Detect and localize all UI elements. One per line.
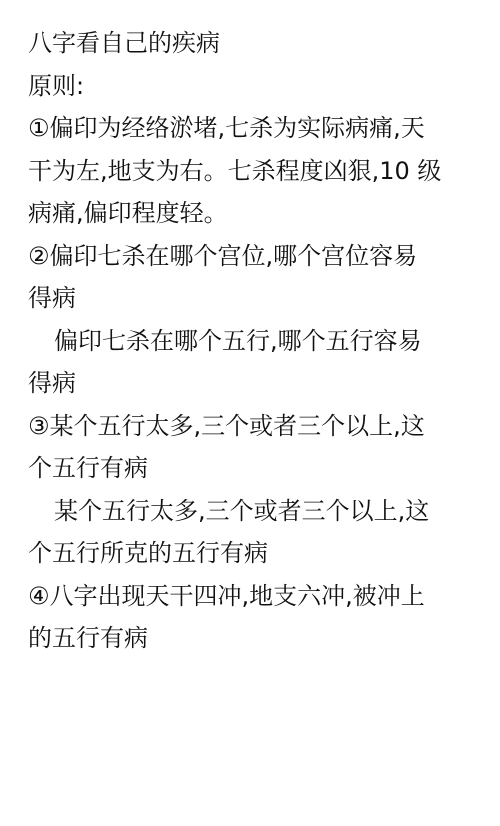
principle-4-line-2: 的五行有病	[28, 617, 478, 660]
principle-2-line-1: ②偏印七杀在哪个宫位,哪个宫位容易	[28, 235, 478, 278]
principle-3-line-4: 个五行所克的五行有病	[28, 532, 478, 575]
principle-1-line-1: ①偏印为经络淤堵,七杀为实际病痛,天	[28, 107, 478, 150]
document-body: 八字看自己的疾病 原则: ①偏印为经络淤堵,七杀为实际病痛,天 干为左,地支为右…	[28, 22, 478, 660]
principle-3-line-1: ③某个五行太多,三个或者三个以上,这	[28, 405, 478, 448]
principle-3-line-2: 个五行有病	[28, 447, 478, 490]
principle-3-line-3: 某个五行太多,三个或者三个以上,这	[28, 490, 478, 533]
section-label: 原则:	[28, 65, 478, 108]
principle-2-line-2: 得病	[28, 277, 478, 320]
principle-2-line-3: 偏印七杀在哪个五行,哪个五行容易	[28, 320, 478, 363]
principle-4-line-1: ④八字出现天干四冲,地支六冲,被冲上	[28, 575, 478, 618]
principle-1-line-2: 干为左,地支为右。七杀程度凶狠,10 级	[28, 150, 478, 193]
document-title: 八字看自己的疾病	[28, 22, 478, 65]
principle-2-line-4: 得病	[28, 362, 478, 405]
principle-1-line-3: 病痛,偏印程度轻。	[28, 192, 478, 235]
